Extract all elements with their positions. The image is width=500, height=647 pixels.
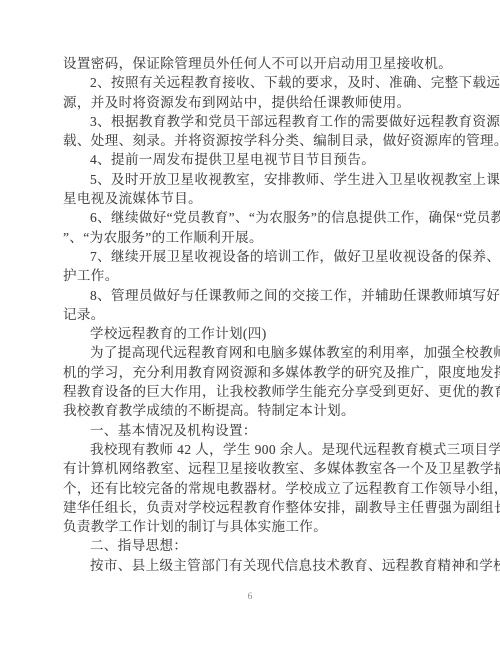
- text-line: 建华任组长，负责对学校远程教育作整体安排，副教导主任曹强为副组长，主要: [63, 498, 443, 517]
- text-line: 5、及时开放卫星收视教室，安排教师、学生进入卫星收视教室上课或收看卫: [63, 170, 443, 189]
- text-line: 7、继续开展卫星收视设备的培训工作，做好卫星收视设备的保养、维修、维: [63, 247, 443, 266]
- document-page: 设置密码，保证除管理员外任何人不可以开启动用卫星接收机。 2、按照有关远程教育接…: [0, 0, 500, 647]
- text-line: 源，并及时将资源发布到网站中，提供给任课教师使用。: [63, 93, 443, 112]
- text-line: 8、管理员做好与任课教师之间的交接工作，并辅助任课教师填写好设备使用: [63, 286, 443, 305]
- text-line: 记录。: [63, 305, 443, 324]
- text-line: ”、“为农服务”的工作顺利开展。: [63, 228, 443, 247]
- text-line: 设置密码，保证除管理员外任何人不可以开启动用卫星接收机。: [63, 54, 443, 73]
- text-line: 负责教学工作计划的制订与具体实施工作。: [63, 517, 443, 536]
- text-line: 为了提高现代远程教育网和电脑多媒体教室的利用率，加强全校教师对计算: [63, 343, 443, 362]
- section-heading: 一、基本情况及机构设置：: [63, 421, 443, 440]
- text-line: 2、按照有关远程教育接收、下载的要求，及时、准确、完整下载远程教育资: [63, 73, 443, 92]
- text-line: 4、提前一周发布提供卫星电视节目节目预告。: [63, 150, 443, 169]
- text-line: 护工作。: [63, 266, 443, 285]
- text-line: 机的学习，充分利用教育网资源和多媒体教学的研究及推广，限度地发挥现代远: [63, 363, 443, 382]
- document-text-block: 设置密码，保证除管理员外任何人不可以开启动用卫星接收机。 2、按照有关远程教育接…: [63, 54, 443, 575]
- text-line: 个，还有比较完备的常规电教器材。学校成立了远程教育工作领导小组，校长谢: [63, 479, 443, 498]
- text-line: 按市、县上级主管部门有关现代信息技术教育、远程教育精神和学校工作计: [63, 556, 443, 575]
- text-line: 星电视及流媒体节目。: [63, 189, 443, 208]
- text-line: 程教育设备的巨大作用，让我校教师学生能充分享受到更好、更优的教育，促进: [63, 382, 443, 401]
- text-line: 3、根据教育教学和党员干部远程教育工作的需要做好远程教育资源接收、下: [63, 112, 443, 131]
- text-line: 载、处理、刻录。并将资源按学科分类、编制目录，做好资源库的管理。: [63, 131, 443, 150]
- text-line: 我校教育教学成绩的不断提高。特制定本计划。: [63, 401, 443, 420]
- text-line: 我校现有教师 42 人，学生 900 余人。是现代远程教育模式三项目学校。学校: [63, 440, 443, 459]
- page-number: 6: [0, 592, 500, 602]
- text-line: 有计算机网络教室、远程卫星接收教室、多媒体教室各一个及卫星教学播放点 8: [63, 459, 443, 478]
- section-title: 学校远程教育的工作计划(四): [63, 324, 443, 343]
- text-line: 6、继续做好“党员教育”、“为农服务”的信息提供工作，确保“党员教育: [63, 208, 443, 227]
- section-heading: 二、指导思想：: [63, 536, 443, 555]
